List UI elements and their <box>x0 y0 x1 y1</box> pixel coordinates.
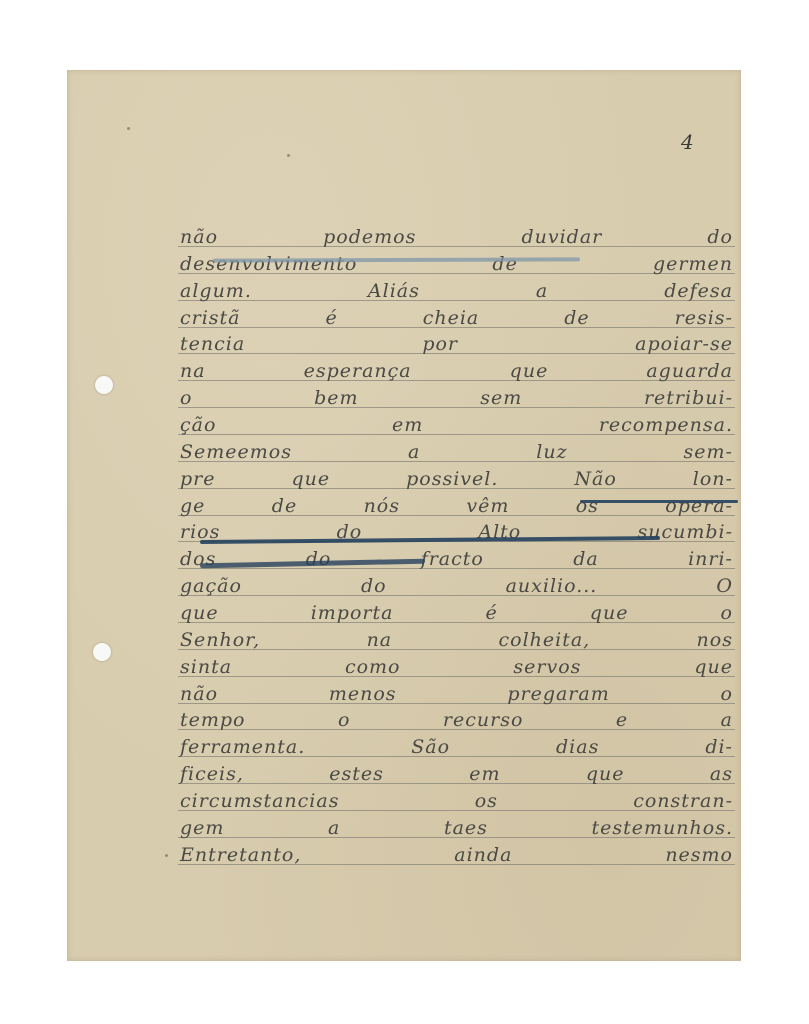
text-line: gedenósvêmosopera- <box>180 493 733 517</box>
word: ferramenta. <box>180 736 305 758</box>
word: o <box>721 683 733 705</box>
text-line: algum.Aliásadefesa <box>180 278 733 302</box>
word: a <box>721 709 733 731</box>
word: a <box>328 817 340 839</box>
word: na <box>367 629 393 651</box>
word: que <box>180 602 219 624</box>
paper-speck <box>287 154 290 157</box>
word: importa <box>311 602 394 624</box>
word: podemos <box>323 226 416 248</box>
paper-speck <box>165 854 168 857</box>
word: possivel. <box>406 468 498 490</box>
word: bem <box>314 387 358 409</box>
text-line: tenciaporapoiar-se <box>180 331 733 355</box>
word: que <box>291 468 330 490</box>
word: em <box>469 763 500 785</box>
word: o <box>180 387 192 409</box>
word: as <box>710 763 733 785</box>
word: esperança <box>304 360 412 382</box>
text-line: sintacomoservosque <box>180 654 733 678</box>
text-line: naesperançaqueaguarda <box>180 358 733 382</box>
word: dias <box>556 736 599 758</box>
word: não <box>180 226 218 248</box>
word: o <box>338 709 350 731</box>
text-line: nãomenospregaramo <box>180 681 733 705</box>
text-line: cristãécheiaderesis- <box>180 305 733 329</box>
word: apoiar-se <box>635 333 733 355</box>
word: tencia <box>180 333 245 355</box>
word: pregaram <box>507 683 609 705</box>
word: recompensa. <box>599 414 733 436</box>
word: testemunhos. <box>592 817 733 839</box>
word: recurso <box>443 709 523 731</box>
word: por <box>422 333 458 355</box>
text-line: prequepossivel.Nãolon- <box>180 466 733 490</box>
word: São <box>411 736 450 758</box>
word: do <box>707 226 733 248</box>
word: e <box>616 709 628 731</box>
word: que <box>586 763 625 785</box>
text-line: Entretanto,aindanesmo <box>180 842 733 866</box>
word: a <box>536 280 548 302</box>
paper-speck <box>127 127 130 130</box>
word: colheita, <box>498 629 590 651</box>
word: estes <box>329 763 384 785</box>
text-line: çãoemrecompensa. <box>180 412 733 436</box>
word: que <box>694 656 733 678</box>
highlight-underline-nao-longe <box>580 500 738 503</box>
word: não <box>180 683 218 705</box>
word: de <box>564 307 589 329</box>
word: pre <box>180 468 216 490</box>
word: gem <box>180 817 224 839</box>
word: na <box>180 360 206 382</box>
text-line: Senhor,nacolheita,nos <box>180 627 733 651</box>
word: defesa <box>664 280 733 302</box>
text-line: ficeis,estesemqueas <box>180 761 733 785</box>
word: como <box>345 656 401 678</box>
word: Aliás <box>368 280 420 302</box>
word: do <box>361 575 387 597</box>
word: a <box>408 441 420 463</box>
word: é <box>326 307 338 329</box>
text-line: queimportaéqueo <box>180 600 733 624</box>
punch-hole-top <box>95 376 113 394</box>
word: lon- <box>693 468 733 490</box>
word: nós <box>364 495 400 517</box>
word: Não <box>574 468 616 490</box>
word: os <box>576 495 599 517</box>
word: nesmo <box>665 844 733 866</box>
word: do <box>306 548 332 570</box>
word: ge <box>180 495 205 517</box>
word: gação <box>180 575 242 597</box>
word: desenvolvimento <box>180 253 357 275</box>
word: retribui- <box>644 387 733 409</box>
word: nos <box>697 629 733 651</box>
text-line: Semeemosaluzsem- <box>180 439 733 463</box>
word: O <box>716 575 733 597</box>
word: constran- <box>633 790 733 812</box>
word: é <box>486 602 498 624</box>
word: opera- <box>665 495 733 517</box>
word: tempo <box>180 709 246 731</box>
word: luz <box>536 441 567 463</box>
word: ção <box>180 414 216 436</box>
word: os <box>475 790 498 812</box>
word: aguarda <box>646 360 733 382</box>
word: algum. <box>180 280 252 302</box>
word: cristã <box>180 307 241 329</box>
punch-hole-bottom <box>93 643 111 661</box>
word: auxilio... <box>506 575 598 597</box>
word: germen <box>653 253 733 275</box>
text-line: obemsemretribui- <box>180 385 733 409</box>
word: ainda <box>454 844 512 866</box>
word: duvidar <box>521 226 602 248</box>
word: da <box>573 548 599 570</box>
word: Entretanto, <box>180 844 301 866</box>
word: sem <box>480 387 522 409</box>
word: ficeis, <box>180 763 244 785</box>
word: em <box>392 414 423 436</box>
text-line: gemataestestemunhos. <box>180 815 733 839</box>
page-number: 4 <box>681 130 694 154</box>
word: que <box>510 360 549 382</box>
word: sinta <box>180 656 232 678</box>
text-line: desenvolvimentodegermen <box>180 251 733 275</box>
word: fracto <box>421 548 484 570</box>
word: sem- <box>684 441 733 463</box>
word: taes <box>444 817 488 839</box>
word: Senhor, <box>180 629 260 651</box>
text-line: circumstanciasosconstran- <box>180 788 733 812</box>
word: circumstancias <box>180 790 339 812</box>
text-line: tempoorecursoea <box>180 707 733 731</box>
word: que <box>590 602 629 624</box>
text-line: nãopodemosduvidardo <box>180 224 733 248</box>
word: vêm <box>466 495 509 517</box>
word: menos <box>329 683 397 705</box>
manuscript-page: 4 nãopodemosduvidardodesenvolvimentodege… <box>67 70 741 961</box>
word: sucumbi- <box>637 521 733 543</box>
word: inri- <box>688 548 733 570</box>
word: de <box>492 253 517 275</box>
word: resis- <box>675 307 733 329</box>
word: de <box>272 495 297 517</box>
word: Semeemos <box>180 441 292 463</box>
text-line: gaçãodoauxilio...O <box>180 573 733 597</box>
word: cheia <box>423 307 480 329</box>
word: servos <box>513 656 581 678</box>
text-line: ferramenta.Sãodiasdi- <box>180 734 733 758</box>
word: di- <box>705 736 733 758</box>
word: o <box>721 602 733 624</box>
